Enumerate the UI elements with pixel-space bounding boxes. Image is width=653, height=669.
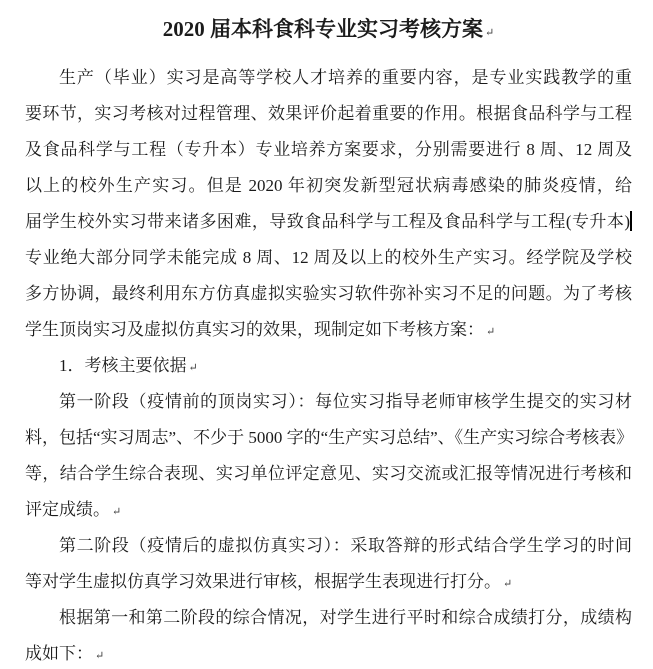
paragraph: 生产（毕业）实习是高等学校人才培养的重要内容，是专业实践教学的重 要环节，实习考…: [25, 60, 632, 348]
text-line-content: 生产（毕业）实习是高等学校人才培养的重要内容，是专业实践教学的重: [59, 68, 632, 87]
text-line[interactable]: 学生顶岗实习及虚拟仿真实习的效果，现制定如下考核方案：↵: [25, 312, 632, 348]
text-line-content: 以上的校外生产实习。但是 2020 年初突发新型冠状病毒感染的肺炎疫情，给 20…: [25, 176, 632, 204]
text-line-content: 学生顶岗实习及虚拟仿真实习的效果，现制定如下考核方案：: [25, 320, 484, 339]
text-line-content: 第二阶段（疫情后的虚拟仿真实习）：采取答辩的形式结合学生学习的时间: [59, 536, 632, 555]
paragraph-mark: ↵: [485, 27, 494, 39]
text-line-content: 评定成绩。: [25, 500, 110, 519]
text-line[interactable]: 第一阶段（疫情前的顶岗实习）：每位实习指导老师审核学生提交的实习材: [25, 384, 632, 420]
section-heading-line[interactable]: 1．考核主要依据↵: [25, 348, 632, 384]
text-line[interactable]: 要环节，实习考核对过程管理、效果评价起着重要的作用。根据食品科学与工程: [25, 96, 632, 132]
paragraph-mark: ↵: [95, 650, 104, 662]
document-title: 2020 届本科食科专业实习考核方案↵: [25, 10, 632, 52]
text-line[interactable]: 生产（毕业）实习是高等学校人才培养的重要内容，是专业实践教学的重: [25, 60, 632, 96]
text-line[interactable]: 等对学生虚拟仿真学习效果进行审核，根据学生表现进行打分。↵: [25, 564, 632, 600]
text-line-content: 多方协调，最终利用东方仿真虚拟实验实习软件弥补实习不足的问题。为了考核: [25, 284, 632, 303]
paragraph-mark: ↵: [112, 506, 121, 518]
document-page[interactable]: 2020 届本科食科专业实习考核方案↵ 生产（毕业）实习是高等学校人才培养的重要…: [0, 0, 653, 669]
text-line[interactable]: 第二阶段（疫情后的虚拟仿真实习）：采取答辩的形式结合学生学习的时间: [25, 528, 632, 564]
paragraph-mark: ↵: [189, 362, 198, 374]
text-cursor: [630, 211, 632, 231]
section-heading-text: 1．考核主要依据: [59, 356, 187, 375]
paragraph-mark: ↵: [503, 578, 512, 590]
text-line[interactable]: 料，包括“实习周志”、不少于 5000 字的“生产实习总结”、《生产实习综合考核…: [25, 420, 632, 456]
text-line[interactable]: 以上的校外生产实习。但是 2020 年初突发新型冠状病毒感染的肺炎疫情，给 20…: [25, 168, 632, 204]
text-line[interactable]: 成如下：↵: [25, 636, 632, 669]
document-title-text: 2020 届本科食科专业实习考核方案: [163, 17, 483, 41]
text-line-content: 根据第一和第二阶段的综合情况，对学生进行平时和综合成绩打分，成绩构: [59, 608, 632, 627]
text-line-content: 专业绝大部分同学未能完成 8 周、12 周及以上的校外生产实习。经学院及学校: [25, 248, 632, 267]
paragraph-mark: ↵: [486, 326, 495, 338]
text-line-content: 成如下：: [25, 644, 93, 663]
text-line-content: 等，结合学生综合表现、实习单位评定意见、实习交流或汇报等情况进行考核和: [25, 464, 632, 483]
paragraph: 1．考核主要依据↵: [25, 348, 632, 384]
paragraph: 第一阶段（疫情前的顶岗实习）：每位实习指导老师审核学生提交的实习材 料，包括“实…: [25, 384, 632, 528]
text-line[interactable]: 及食品科学与工程（专升本）专业培养方案要求，分别需要进行 8 周、12 周及: [25, 132, 632, 168]
text-line-content: 第一阶段（疫情前的顶岗实习）：每位实习指导老师审核学生提交的实习材: [59, 392, 632, 411]
paragraph: 根据第一和第二阶段的综合情况，对学生进行平时和综合成绩打分，成绩构 成如下：↵: [25, 600, 632, 669]
paragraph: 第二阶段（疫情后的虚拟仿真实习）：采取答辩的形式结合学生学习的时间 等对学生虚拟…: [25, 528, 632, 600]
text-line-content: 要环节，实习考核对过程管理、效果评价起着重要的作用。根据食品科学与工程: [25, 104, 632, 123]
text-line[interactable]: 评定成绩。↵: [25, 492, 632, 528]
text-line[interactable]: 等，结合学生综合表现、实习单位评定意见、实习交流或汇报等情况进行考核和: [25, 456, 632, 492]
text-line[interactable]: 专业绝大部分同学未能完成 8 周、12 周及以上的校外生产实习。经学院及学校: [25, 240, 632, 276]
text-line-content: 料，包括“实习周志”、不少于 5000 字的“生产实习总结”、《生产实习综合考核…: [25, 428, 632, 447]
text-line[interactable]: 根据第一和第二阶段的综合情况，对学生进行平时和综合成绩打分，成绩构: [25, 600, 632, 636]
text-line[interactable]: 多方协调，最终利用东方仿真虚拟实验实习软件弥补实习不足的问题。为了考核: [25, 276, 632, 312]
text-line-content: 等对学生虚拟仿真学习效果进行审核，根据学生表现进行打分。: [25, 572, 501, 591]
document-body: 生产（毕业）实习是高等学校人才培养的重要内容，是专业实践教学的重 要环节，实习考…: [25, 60, 632, 669]
text-line-content: 届学生校外实习带来诸多困难，导致食品科学与工程及食品科学与工程(专升本): [25, 212, 630, 231]
text-line[interactable]: 届学生校外实习带来诸多困难，导致食品科学与工程及食品科学与工程(专升本): [25, 204, 632, 240]
text-line-content: 及食品科学与工程（专升本）专业培养方案要求，分别需要进行 8 周、12 周及: [25, 140, 632, 159]
